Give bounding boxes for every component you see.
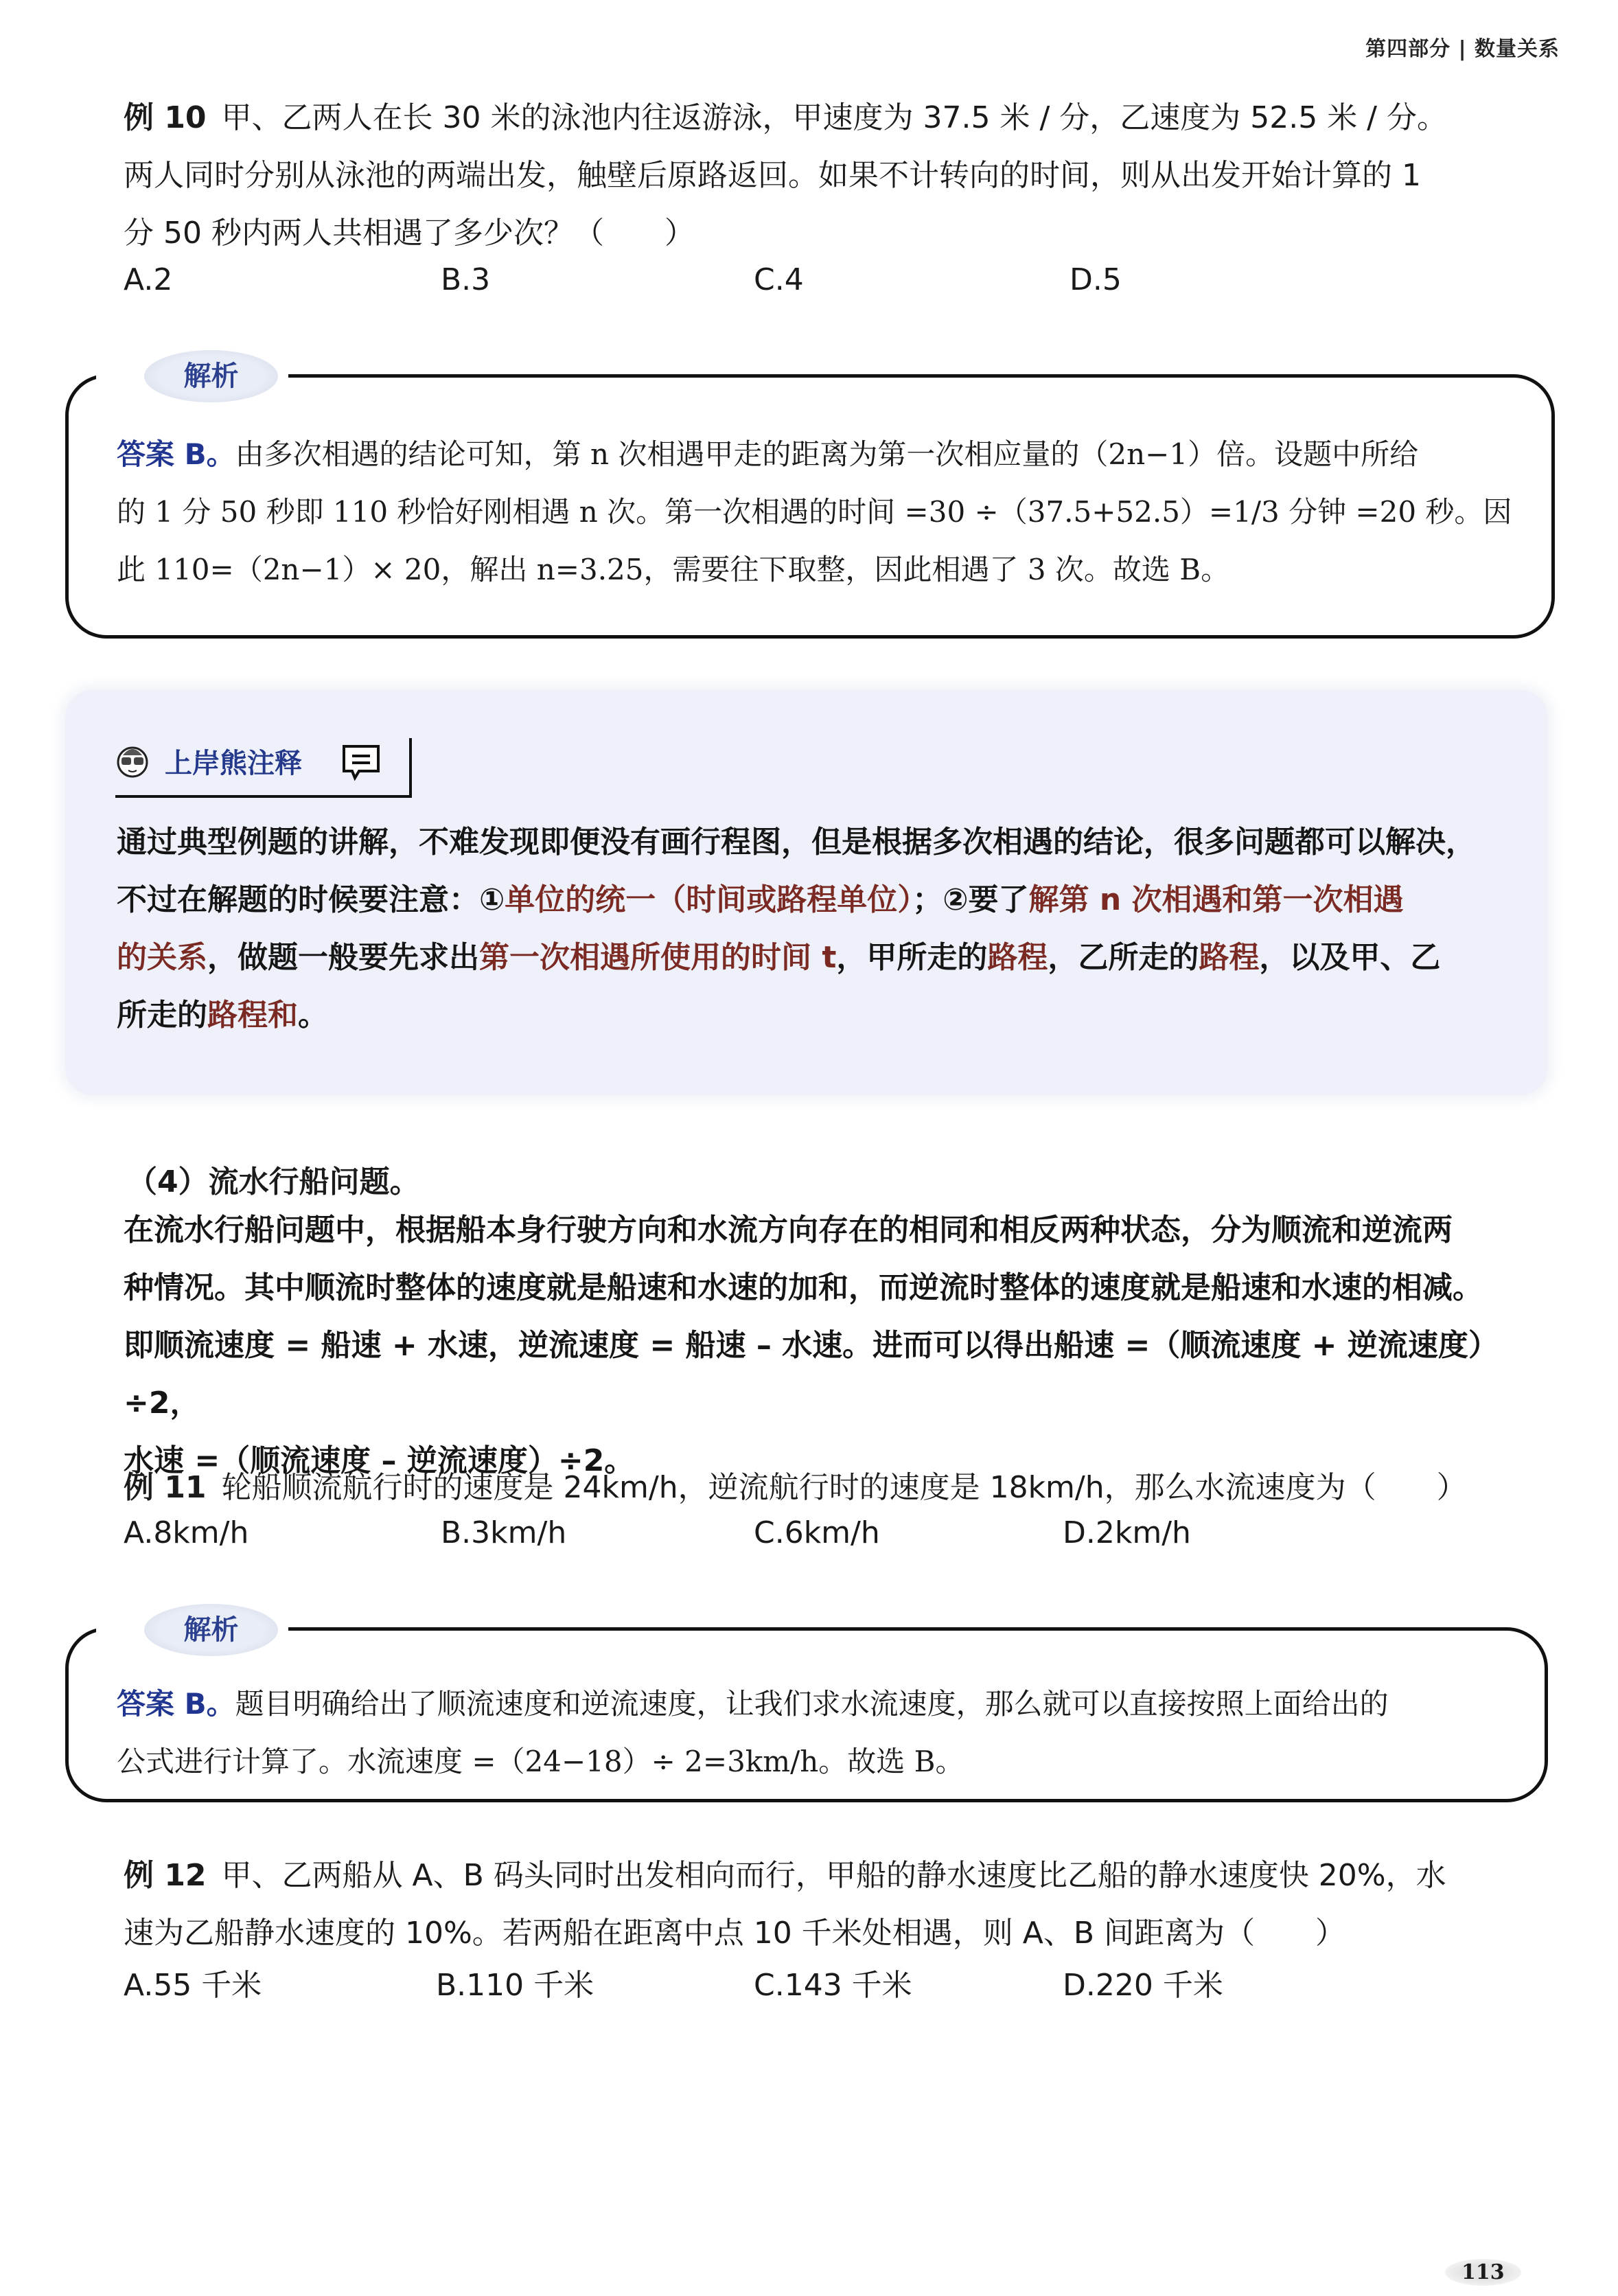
note-title: 上岸熊注释: [165, 742, 302, 781]
question-line: 例 10甲、乙两人在长 30 米的泳池内往返游泳，甲速度为 37.5 米 / 分…: [124, 89, 1447, 147]
question-line: 两人同时分别从泳池的两端出发，触壁后原路返回。如果不计转向的时间，则从出发开始计…: [124, 147, 1447, 205]
note-title-bracket: [409, 738, 412, 798]
option-a[interactable]: A.8km/h: [124, 1515, 249, 1550]
option-b[interactable]: B.110 千米: [436, 1960, 594, 2004]
analysis-11-text: 答案 B。题目明确给出了顺流速度和逆流速度，让我们求水流速度，那么就可以直接按照…: [117, 1675, 1517, 1791]
option-d[interactable]: D.220 千米: [1063, 1960, 1223, 2004]
option-a[interactable]: A.2: [124, 262, 172, 297]
bear-mascot-icon: [113, 740, 152, 779]
example-label: 例 12: [124, 1858, 207, 1893]
option-d[interactable]: D.2km/h: [1063, 1515, 1191, 1550]
example-label: 例 11: [124, 1470, 207, 1505]
option-a[interactable]: A.55 千米: [124, 1960, 262, 2004]
option-c[interactable]: C.143 千米: [754, 1960, 912, 2004]
note-body: 通过典型例题的讲解，不难发现即便没有画行程图，但是根据多次相遇的结论，很多问题都…: [117, 814, 1517, 1044]
analysis-tag: 解析: [144, 350, 278, 402]
answer-key: 答案 B。: [117, 1687, 235, 1721]
option-b[interactable]: B.3km/h: [441, 1515, 566, 1550]
question-line: 分 50 秒内两人共相遇了多少次？（ ）: [124, 205, 1447, 262]
analysis-tag: 解析: [144, 1604, 278, 1656]
section-body: 在流水行船问题中，根据船本身行驶方向和水流方向存在的相同和相反两种状态，分为顺流…: [124, 1202, 1510, 1490]
example-12-options: A.55 千米 B.110 千米 C.143 千米 D.220 千米: [124, 1960, 1496, 2018]
example-label: 例 10: [124, 100, 207, 135]
note-title-underline: [115, 795, 411, 798]
example-11-question: 例 11轮船顺流航行时的速度是 24km/h，逆流航行时的速度是 18km/h，…: [124, 1459, 1467, 1517]
example-12-question: 例 12甲、乙两船从 A、B 码头同时出发相向而行，甲船的静水速度比乙船的静水速…: [124, 1847, 1446, 1962]
page-number: 113: [1445, 2259, 1521, 2286]
example-11-options: A.8km/h B.3km/h C.6km/h D.2km/h: [124, 1515, 1496, 1573]
running-header: 第四部分 | 数量关系: [1365, 32, 1560, 62]
analysis-10-text: 答案 B。由多次相遇的结论可知，第 n 次相遇甲走的距离为第一次相应量的（2n−…: [117, 426, 1517, 599]
answer-key: 答案 B。: [117, 437, 235, 471]
example-10-question: 例 10甲、乙两人在长 30 米的泳池内往返游泳，甲速度为 37.5 米 / 分…: [124, 89, 1447, 262]
option-d[interactable]: D.5: [1070, 262, 1122, 297]
option-c[interactable]: C.4: [754, 262, 804, 297]
option-b[interactable]: B.3: [441, 262, 490, 297]
example-10-options: A.2 B.3 C.4 D.5: [124, 262, 1496, 320]
option-c[interactable]: C.6km/h: [754, 1515, 880, 1550]
comment-icon: [341, 744, 381, 783]
